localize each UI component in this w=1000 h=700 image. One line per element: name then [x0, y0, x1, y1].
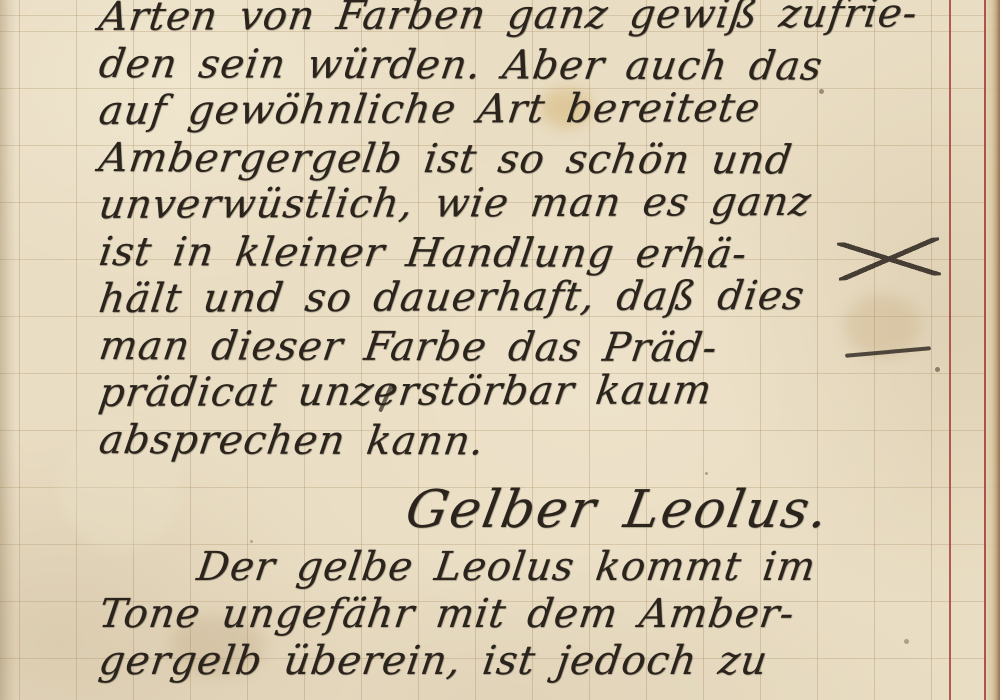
- page-left-edge-shadow: [0, 0, 16, 700]
- manuscript-line: absprechen kann.: [96, 417, 982, 467]
- handwritten-text-block: Arten von Farben ganz gewiß zufrie- den …: [96, 0, 976, 685]
- manuscript-line: Tone ungefähr mit dem Amber-: [96, 591, 983, 638]
- page-right-edge: [984, 0, 1000, 700]
- paragraph-gelber-leolus: Der gelbe Leolus kommt im Tone ungefähr …: [96, 544, 976, 685]
- ink-speckles: [0, 0, 3, 3]
- manuscript-line: unverwüstlich, wie man es ganz: [96, 178, 983, 229]
- manuscript-line: den sein würden. Aber auch das: [96, 41, 982, 91]
- manuscript-line: Arten von Farben ganz gewiß zufrie-: [96, 0, 983, 41]
- manuscript-line: Ambergergelb ist so schön und: [96, 135, 982, 185]
- manuscript-line: prädicat unzerstörbar kaum: [96, 366, 983, 417]
- manuscript-line: man dieser Farbe das Präd-: [96, 323, 982, 373]
- red-margin-rule: [949, 0, 951, 700]
- manuscript-page: Arten von Farben ganz gewiß zufrie- den …: [0, 0, 1000, 700]
- manuscript-line: auf gewöhnliche Art bereitete: [96, 84, 983, 135]
- section-heading: Gelber Leolus.: [401, 478, 987, 542]
- x-strikethrough-mark: [837, 237, 941, 280]
- manuscript-line: gergelb überein, ist jedoch zu: [96, 638, 983, 685]
- paragraph-ambergergelb: Arten von Farben ganz gewiß zufrie- den …: [96, 0, 976, 464]
- manuscript-line: Der gelbe Leolus kommt im: [96, 544, 983, 591]
